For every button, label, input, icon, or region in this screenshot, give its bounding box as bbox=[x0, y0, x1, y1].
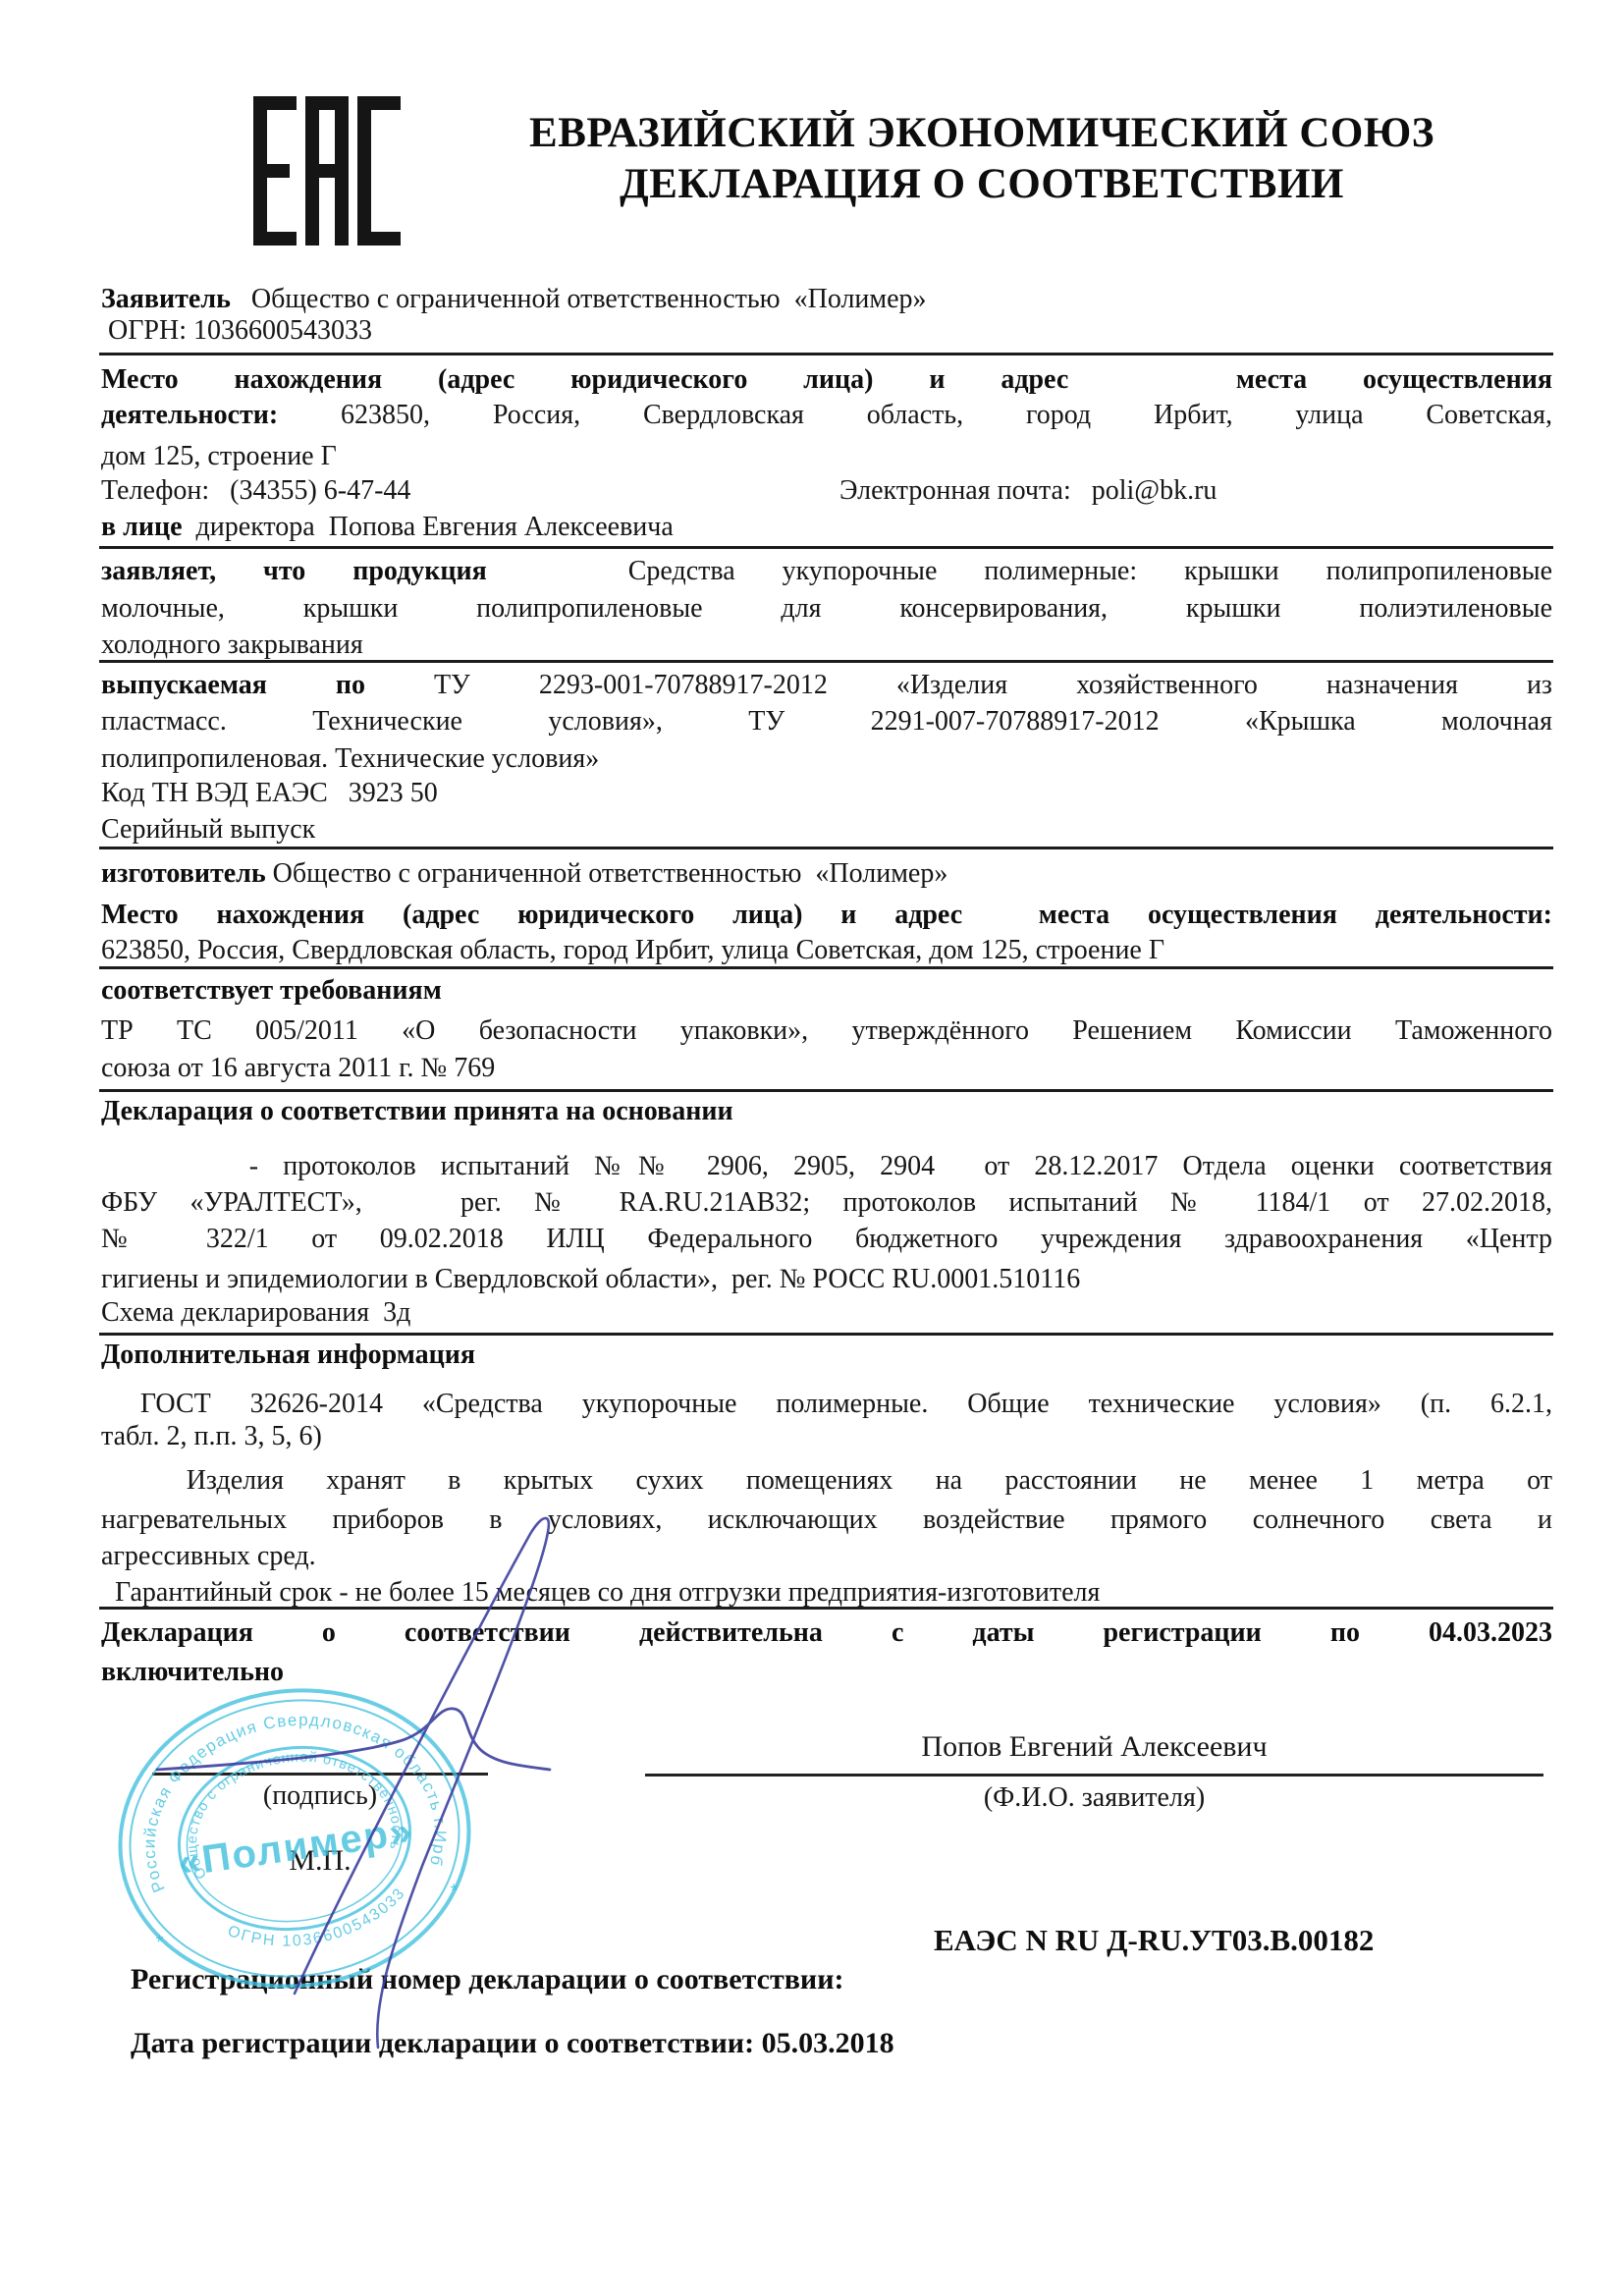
section-divider bbox=[99, 847, 1553, 849]
field-value: Общество с ограниченной ответственностью… bbox=[266, 858, 948, 889]
field-label: Место нахождения (адрес юридического лиц… bbox=[101, 900, 1552, 930]
document-line: - протоколов испытаний №№ 2906, 2905, 29… bbox=[101, 1148, 1552, 1185]
section-divider bbox=[99, 1607, 1553, 1610]
document-line: табл. 2, п.п. 3, 5, 6) bbox=[101, 1418, 1552, 1455]
field-value: ФБУ «УРАЛТЕСТ», рег. № RA.RU.21АВ32; про… bbox=[101, 1187, 1552, 1218]
tnved-code-line: Код ТН ВЭД ЕАЭС 3923 50 bbox=[101, 775, 1552, 812]
stamp-star-right: * bbox=[450, 1880, 460, 1902]
field-label: Декларация о соответствии действительна … bbox=[101, 1617, 1552, 1648]
title-line-union: ЕВРАЗИЙСКИЙ ЭКОНОМИЧЕСКИЙ СОЮЗ bbox=[403, 108, 1561, 159]
field-value: союза от 16 августа 2011 г. № 769 bbox=[101, 1053, 495, 1083]
representative-line: в лице директора Попова Евгения Алексеев… bbox=[101, 509, 1552, 546]
registration-number-value: ЕАЭС N RU Д-RU.УТ03.В.00182 bbox=[934, 1921, 1374, 1960]
field-value: Общество с ограниченной ответственностью… bbox=[231, 284, 927, 314]
document-line: гигиены и эпидемиологии в Свердловской о… bbox=[101, 1261, 1552, 1298]
contacts-line: Телефон: (34355) 6-47-44Электронная почт… bbox=[101, 472, 1552, 510]
declaration-document: ЕВРАЗИЙСКИЙ ЭКОНОМИЧЕСКИЙ СОЮЗ ДЕКЛАРАЦИ… bbox=[0, 0, 1623, 2296]
field-value: холодного закрывания bbox=[101, 629, 363, 660]
field-value: пластмасс. Технические условия», ТУ 2291… bbox=[101, 706, 1552, 737]
section-divider bbox=[99, 1333, 1553, 1336]
field-value: Серийный выпуск bbox=[101, 814, 315, 845]
document-line: деятельности: 623850, Россия, Свердловск… bbox=[101, 397, 1552, 434]
document-line: холодного закрывания bbox=[101, 627, 1552, 664]
basis-heading: Декларация о соответствии принята на осн… bbox=[101, 1093, 1552, 1130]
ogrn-line: ОГРН: 1036600543033 bbox=[101, 312, 1552, 350]
validity-line: Декларация о соответствии действительна … bbox=[101, 1614, 1552, 1652]
field-value: ТУ 2293-001-70788917-2012 «Изделия хозяй… bbox=[365, 670, 1552, 700]
validity-line-2: включительно bbox=[101, 1654, 1552, 1691]
field-label: включительно bbox=[101, 1657, 284, 1687]
registration-date-label: Дата регистрации декларации о соответств… bbox=[131, 2027, 754, 2059]
seal-place-caption: М.П. bbox=[152, 1844, 488, 1878]
field-value: - протоколов испытаний №№ 2906, 2905, 29… bbox=[101, 1151, 1552, 1181]
manufacturer-line: изготовитель Общество с ограниченной отв… bbox=[101, 855, 1552, 893]
signature-line bbox=[152, 1773, 488, 1776]
name-line bbox=[645, 1774, 1543, 1777]
field-value: Код ТН ВЭД ЕАЭС 3923 50 bbox=[101, 778, 438, 808]
section-divider bbox=[99, 660, 1553, 663]
document-line: Место нахождения (адрес юридического лиц… bbox=[101, 897, 1552, 934]
field-label: Заявитель bbox=[101, 284, 231, 314]
section-divider bbox=[99, 353, 1553, 355]
document-title: ЕВРАЗИЙСКИЙ ЭКОНОМИЧЕСКИЙ СОЮЗ ДЕКЛАРАЦИ… bbox=[403, 108, 1561, 210]
document-line: союза от 16 августа 2011 г. № 769 bbox=[101, 1050, 1552, 1087]
field-value: табл. 2, п.п. 3, 5, 6) bbox=[101, 1421, 322, 1451]
section-divider bbox=[99, 1089, 1553, 1092]
field-label: соответствует требованиям bbox=[101, 975, 442, 1006]
document-line: № 322/1 от 09.02.2018 ИЛЦ Федерального б… bbox=[101, 1221, 1552, 1258]
product-line: заявляет, что продукция Средства укупоро… bbox=[101, 553, 1552, 590]
document-line: агрессивных сред. bbox=[101, 1538, 1552, 1575]
field-label: деятельности: bbox=[101, 400, 278, 430]
document-line: пластмасс. Технические условия», ТУ 2291… bbox=[101, 703, 1552, 740]
document-line: ТР ТС 005/2011 «О безопасности упаковки»… bbox=[101, 1012, 1552, 1050]
document-line: 623850, Россия, Свердловская область, го… bbox=[101, 932, 1552, 969]
field-label: в лице bbox=[101, 512, 183, 542]
field-value: агрессивных сред. bbox=[101, 1541, 316, 1571]
field-label: Дополнительная информация bbox=[101, 1339, 475, 1370]
field-value: ГОСТ 32626-2014 «Средства укупорочные по… bbox=[101, 1389, 1552, 1419]
field-value: Гарантийный срок - не более 15 месяцев с… bbox=[101, 1577, 1100, 1608]
field-label: заявляет, что продукция bbox=[101, 556, 487, 586]
field-value: Схема декларирования 3д bbox=[101, 1297, 410, 1328]
field-value: нагревательных приборов в условиях, искл… bbox=[101, 1504, 1552, 1535]
field-label: Место нахождения (адрес юридического лиц… bbox=[101, 364, 1552, 395]
tu-line: выпускаемая по ТУ 2293-001-70788917-2012… bbox=[101, 667, 1552, 704]
field-value: директора Попова Евгения Алексеевича bbox=[183, 512, 674, 542]
serial-line: Серийный выпуск bbox=[101, 811, 1552, 848]
field-value: молочные, крышки полипропиленовые для ко… bbox=[101, 593, 1552, 624]
field-value: Средства укупорочные полимерные: крышки … bbox=[487, 556, 1552, 586]
applicant-name: Попов Евгений Алексеевич bbox=[645, 1730, 1543, 1764]
phone-value: Телефон: (34355) 6-47-44 bbox=[101, 475, 410, 506]
field-value: 623850, Россия, Свердловская область, го… bbox=[278, 400, 1552, 430]
field-value: гигиены и эпидемиологии в Свердловской о… bbox=[101, 1264, 1080, 1294]
field-label: Декларация о соответствии принята на осн… bbox=[101, 1096, 733, 1126]
fio-caption: (Ф.И.О. заявителя) bbox=[645, 1781, 1543, 1815]
registration-date-value: 05.03.2018 bbox=[754, 2027, 894, 2059]
section-divider bbox=[99, 546, 1553, 549]
email-value: Электронная почта: poli@bk.ru bbox=[839, 472, 1217, 510]
document-line: Изделия хранят в крытых сухих помещениях… bbox=[101, 1462, 1552, 1500]
requirements-heading: соответствует требованиям bbox=[101, 972, 1552, 1010]
field-value: 623850, Россия, Свердловская область, го… bbox=[101, 935, 1164, 965]
field-value: дом 125, строение Г bbox=[101, 441, 337, 471]
field-value: № 322/1 от 09.02.2018 ИЛЦ Федерального б… bbox=[101, 1224, 1552, 1254]
additional-info-heading: Дополнительная информация bbox=[101, 1337, 1552, 1374]
field-value: ОГРН: 1036600543033 bbox=[101, 315, 372, 346]
title-line-declaration: ДЕКЛАРАЦИЯ О СООТВЕТСТВИИ bbox=[403, 159, 1561, 210]
document-line: дом 125, строение Г bbox=[101, 438, 1552, 475]
signature-caption: (подпись) bbox=[152, 1779, 488, 1813]
registration-date-line: Дата регистрации декларации о соответств… bbox=[101, 1985, 1552, 2103]
document-line: Место нахождения (адрес юридического лиц… bbox=[101, 361, 1552, 399]
declaration-scheme-line: Схема декларирования 3д bbox=[101, 1294, 1552, 1332]
field-value: Изделия хранят в крытых сухих помещениях… bbox=[101, 1465, 1552, 1496]
field-label: выпускаемая по bbox=[101, 670, 365, 700]
document-line: нагревательных приборов в условиях, искл… bbox=[101, 1502, 1552, 1539]
field-label: изготовитель bbox=[101, 858, 266, 889]
eac-logo-glyphs bbox=[253, 96, 401, 246]
section-divider bbox=[99, 966, 1553, 969]
document-line: ФБУ «УРАЛТЕСТ», рег. № RA.RU.21АВ32; про… bbox=[101, 1184, 1552, 1222]
document-line: молочные, крышки полипропиленовые для ко… bbox=[101, 590, 1552, 628]
field-value: ТР ТС 005/2011 «О безопасности упаковки»… bbox=[101, 1015, 1552, 1046]
eac-logo bbox=[253, 96, 401, 246]
document-line: полипропиленовая. Технические условия» bbox=[101, 740, 1552, 778]
field-value: полипропиленовая. Технические условия» bbox=[101, 743, 599, 774]
